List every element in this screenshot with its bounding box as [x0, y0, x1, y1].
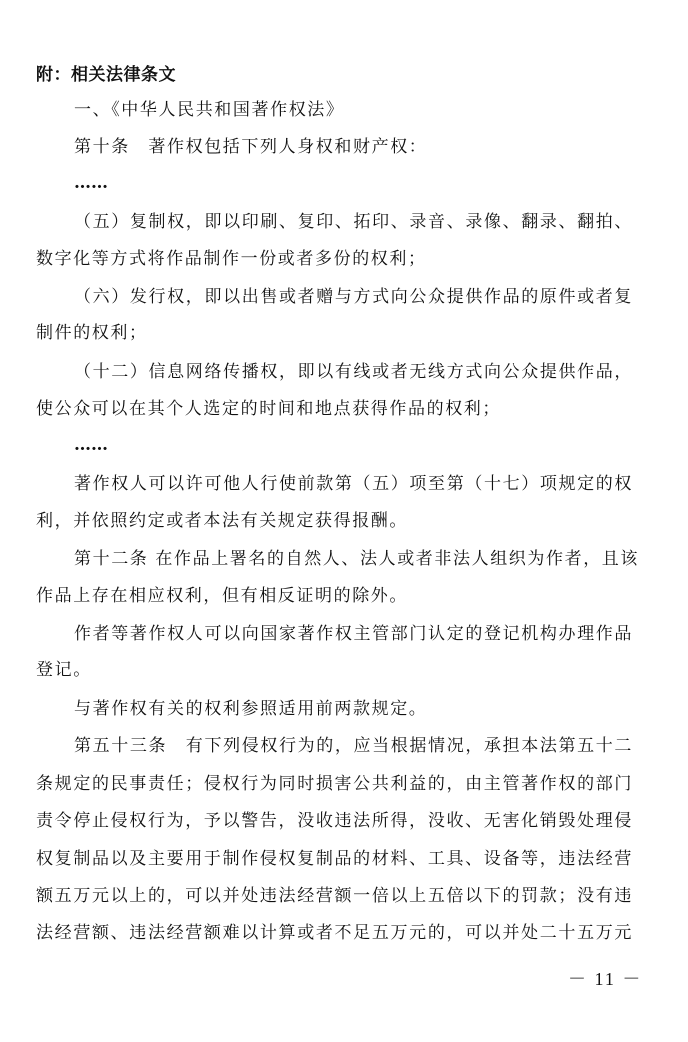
paragraph-line: 登记。 [36, 659, 92, 681]
appendix-heading: 附：相关法律条文 [36, 64, 176, 86]
paragraph-line: 使公众可以在其个人选定的时间和地点获得作品的权利； [36, 398, 501, 420]
paragraph-line: 作品上存在相应权利，但有相反证明的除外。 [36, 585, 408, 607]
paragraph-line: 利，并依照约定或者本法有关规定获得报酬。 [36, 510, 408, 532]
paragraph-line: 责令停止侵权行为，予以警告，没收违法所得，没收、无害化销毁处理侵 [36, 810, 633, 832]
paragraph-line: （六）发行权，即以出售或者赠与方式向公众提供作品的原件或者复 [74, 286, 633, 308]
paragraph-line: 与著作权有关的权利参照适用前两款规定。 [74, 698, 427, 720]
omission-ellipsis: …… [74, 172, 108, 194]
page-number: － 11 － [568, 965, 642, 991]
paragraph-line: （十二）信息网络传播权，即以有线或者无线方式向公众提供作品， [74, 361, 633, 383]
paragraph-line: 制件的权利； [36, 322, 148, 344]
omission-ellipsis: …… [74, 434, 108, 456]
paragraph-line: 法经营额、违法经营额难以计算或者不足五万元的，可以并处二十五万元 [36, 922, 633, 944]
paragraph-line: 条规定的民事责任；侵权行为同时损害公共利益的，由主管著作权的部门 [36, 773, 633, 795]
paragraph-line: 第十二条 在作品上署名的自然人、法人或者非法人组织为作者，且该 [74, 548, 633, 570]
document-page: 附：相关法律条文 一、《中华人民共和国著作权法》 第十条 著作权包括下列人身权和… [0, 0, 688, 1042]
paragraph-line: 著作权人可以许可他人行使前款第（五）项至第（十七）项规定的权 [74, 473, 633, 495]
paragraph-line: 数字化等方式将作品制作一份或者多份的权利； [36, 248, 427, 270]
paragraph-line: 作者等著作权人可以向国家著作权主管部门认定的登记机构办理作品 [74, 623, 633, 645]
paragraph-line: （五）复制权，即以印刷、复印、拓印、录音、录像、翻录、翻拍、 [74, 211, 633, 233]
paragraph-line: 额五万元以上的，可以并处违法经营额一倍以上五倍以下的罚款；没有违 [36, 885, 633, 907]
law-title: 一、《中华人民共和国著作权法》 [74, 99, 345, 121]
paragraph-line: 第五十三条 有下列侵权行为的，应当根据情况，承担本法第五十二 [74, 735, 633, 757]
article-10-intro: 第十条 著作权包括下列人身权和财产权： [74, 136, 427, 158]
paragraph-line: 权复制品以及主要用于制作侵权复制品的材料、工具、设备等，违法经营 [36, 848, 633, 870]
